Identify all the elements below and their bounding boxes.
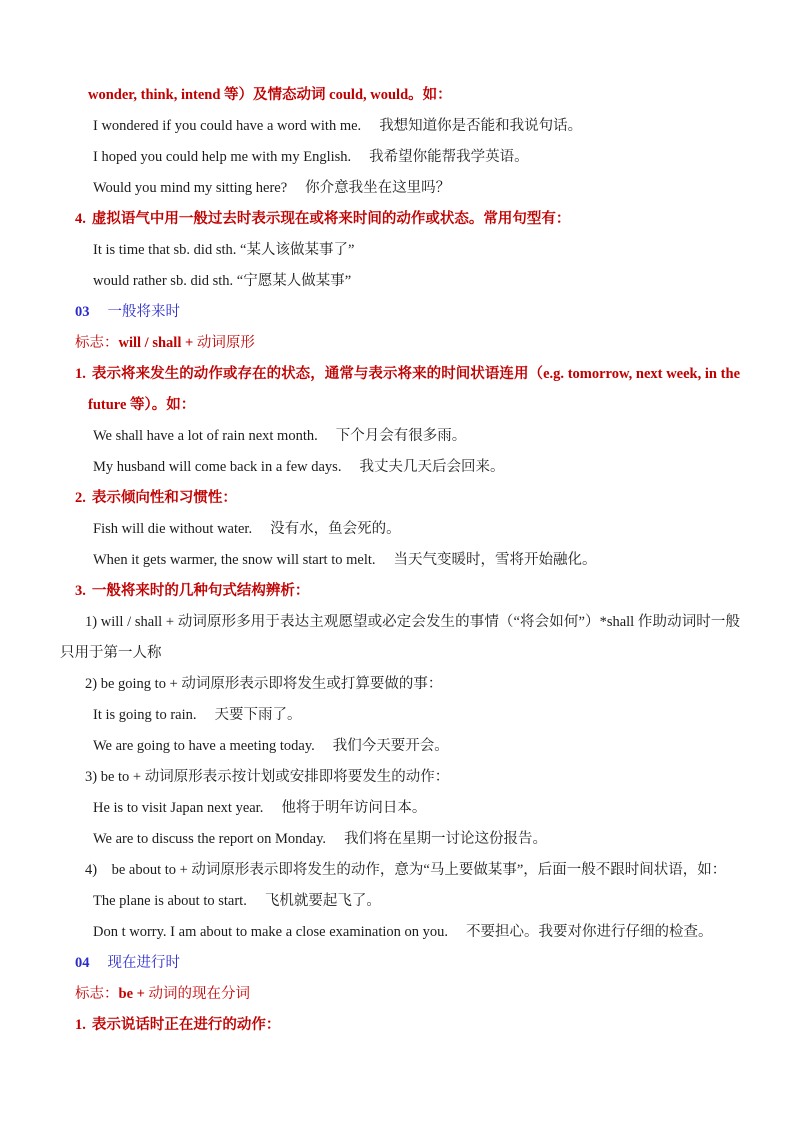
sub-item-3: 3) be to + 动词原形表示按计划或安排即将要发生的动作： [60, 762, 740, 793]
english-text: My husband will come back in a few days. [93, 459, 341, 475]
item-number: 3. [75, 583, 86, 599]
marker-label: 标志： [75, 335, 119, 351]
section-heading-04: 04现在进行时 [60, 948, 740, 979]
example-sentence: It is going to rain.天要下雨了。 [60, 700, 740, 731]
chinese-translation: 我们今天要开会。 [333, 738, 449, 754]
example-sentence: We are going to have a meeting today.我们今… [60, 731, 740, 762]
pattern-text: would rather sb. did sth. “宁愿某人做某事” [93, 273, 351, 289]
marker-suffix: 动词原形 [197, 335, 255, 351]
example-sentence: I hoped you could help me with my Englis… [60, 142, 740, 173]
english-text: We shall have a lot of rain next month. [93, 428, 318, 444]
example-sentence: We shall have a lot of rain next month.下… [60, 421, 740, 452]
english-text: Don t worry. I am about to make a close … [93, 924, 448, 940]
heading-text: 虚拟语气中用一般过去时表示现在或将来时间的动作或状态。常用句型有： [92, 211, 571, 227]
example-sentence: I wondered if you could have a word with… [60, 111, 740, 142]
sub-item-text: 4) be about to + 动词原形表示即将发生的动作，意为“马上要做某事… [85, 862, 726, 878]
pattern-line: It is time that sb. did sth. “某人该做某事了” [60, 235, 740, 266]
item-number: 4. [75, 211, 86, 227]
marker-suffix: 动词的现在分词 [149, 986, 251, 1002]
example-sentence: He is to visit Japan next year.他将于明年访问日本… [60, 793, 740, 824]
sub-item-1: 1) will / shall + 动词原形多用于表达主观愿望或必定会发生的事情… [60, 607, 740, 669]
marker-formula: be + [119, 986, 149, 1002]
numbered-heading-1-sec04: 1.表示说话时正在进行的动作： [60, 1010, 740, 1041]
example-sentence: Would you mind my sitting here?你介意我坐在这里吗… [60, 173, 740, 204]
english-text: It is going to rain. [93, 707, 197, 723]
section-title: 现在进行时 [108, 955, 181, 971]
chinese-translation: 我想知道你是否能和我说句话。 [379, 118, 582, 134]
chinese-translation: 你介意我坐在这里吗？ [305, 180, 450, 196]
numbered-heading-3: 3.一般将来时的几种句式结构辨析： [60, 576, 740, 607]
chinese-translation: 天要下雨了。 [215, 707, 302, 723]
sub-item-4: 4) be about to + 动词原形表示即将发生的动作，意为“马上要做某事… [60, 855, 740, 886]
chinese-translation: 他将于明年访问日本。 [281, 800, 426, 816]
english-text: Fish will die without water. [93, 521, 252, 537]
english-text: I wondered if you could have a word with… [93, 118, 361, 134]
pattern-text: It is time that sb. did sth. “某人该做某事了” [93, 242, 354, 258]
english-text: He is to visit Japan next year. [93, 800, 263, 816]
numbered-heading-4: 4.虚拟语气中用一般过去时表示现在或将来时间的动作或状态。常用句型有： [60, 204, 740, 235]
english-text: We are to discuss the report on Monday. [93, 831, 326, 847]
chinese-translation: 不要担心。我要对你进行仔细的检查。 [466, 924, 713, 940]
english-text: Would you mind my sitting here? [93, 180, 287, 196]
sub-item-text: 3) be to + 动词原形表示按计划或安排即将要发生的动作： [85, 769, 449, 785]
sub-item-text: 1) will / shall + 动词原形多用于表达主观愿望或必定会发生的事情… [60, 614, 740, 661]
section-number: 03 [75, 304, 90, 320]
sub-item-text: 2) be going to + 动词原形表示即将发生或打算要做的事： [85, 676, 442, 692]
chinese-translation: 我希望你能帮我学英语。 [369, 149, 529, 165]
numbered-heading-2: 2.表示倾向性和习惯性： [60, 483, 740, 514]
section-title: 一般将来时 [108, 304, 181, 320]
heading-text: 表示说话时正在进行的动作： [92, 1017, 281, 1033]
document-page: wonder, think, intend 等）及情态动词 could, wou… [0, 0, 800, 1131]
heading-text: 表示将来发生的动作或存在的状态，通常与表示将来的时间状语连用（e.g. tomo… [88, 366, 740, 413]
example-sentence: Fish will die without water.没有水，鱼会死的。 [60, 514, 740, 545]
heading-text: 一般将来时的几种句式结构辨析： [92, 583, 310, 599]
section-number: 04 [75, 955, 90, 971]
chinese-translation: 没有水，鱼会死的。 [270, 521, 401, 537]
marker-label: 标志： [75, 986, 119, 1002]
sub-item-2: 2) be going to + 动词原形表示即将发生或打算要做的事： [60, 669, 740, 700]
marker-line: 标志：be + 动词的现在分词 [60, 979, 740, 1010]
english-text: I hoped you could help me with my Englis… [93, 149, 351, 165]
heading-text: 表示倾向性和习惯性： [92, 490, 237, 506]
chinese-translation: 下个月会有很多雨。 [336, 428, 467, 444]
chinese-translation: 我们将在星期一讨论这份报告。 [344, 831, 547, 847]
item-number: 1. [75, 366, 86, 382]
example-sentence: The plane is about to start.飞机就要起飞了。 [60, 886, 740, 917]
chinese-translation: 当天气变暖时，雪将开始融化。 [394, 552, 597, 568]
continued-heading-line: wonder, think, intend 等）及情态动词 could, wou… [60, 80, 740, 111]
numbered-heading-1: 1.表示将来发生的动作或存在的状态，通常与表示将来的时间状语连用（e.g. to… [60, 359, 740, 421]
section-heading-03: 03一般将来时 [60, 297, 740, 328]
item-number: 2. [75, 490, 86, 506]
english-text: We are going to have a meeting today. [93, 738, 315, 754]
example-sentence: Don t worry. I am about to make a close … [60, 917, 740, 948]
example-sentence: We are to discuss the report on Monday.我… [60, 824, 740, 855]
chinese-translation: 我丈夫几天后会回来。 [359, 459, 504, 475]
example-sentence: My husband will come back in a few days.… [60, 452, 740, 483]
marker-formula: will / shall + [119, 335, 197, 351]
english-text: When it gets warmer, the snow will start… [93, 552, 376, 568]
item-number: 1. [75, 1017, 86, 1033]
pattern-line: would rather sb. did sth. “宁愿某人做某事” [60, 266, 740, 297]
marker-line: 标志：will / shall + 动词原形 [60, 328, 740, 359]
example-sentence: When it gets warmer, the snow will start… [60, 545, 740, 576]
english-text: The plane is about to start. [93, 893, 247, 909]
chinese-translation: 飞机就要起飞了。 [265, 893, 381, 909]
